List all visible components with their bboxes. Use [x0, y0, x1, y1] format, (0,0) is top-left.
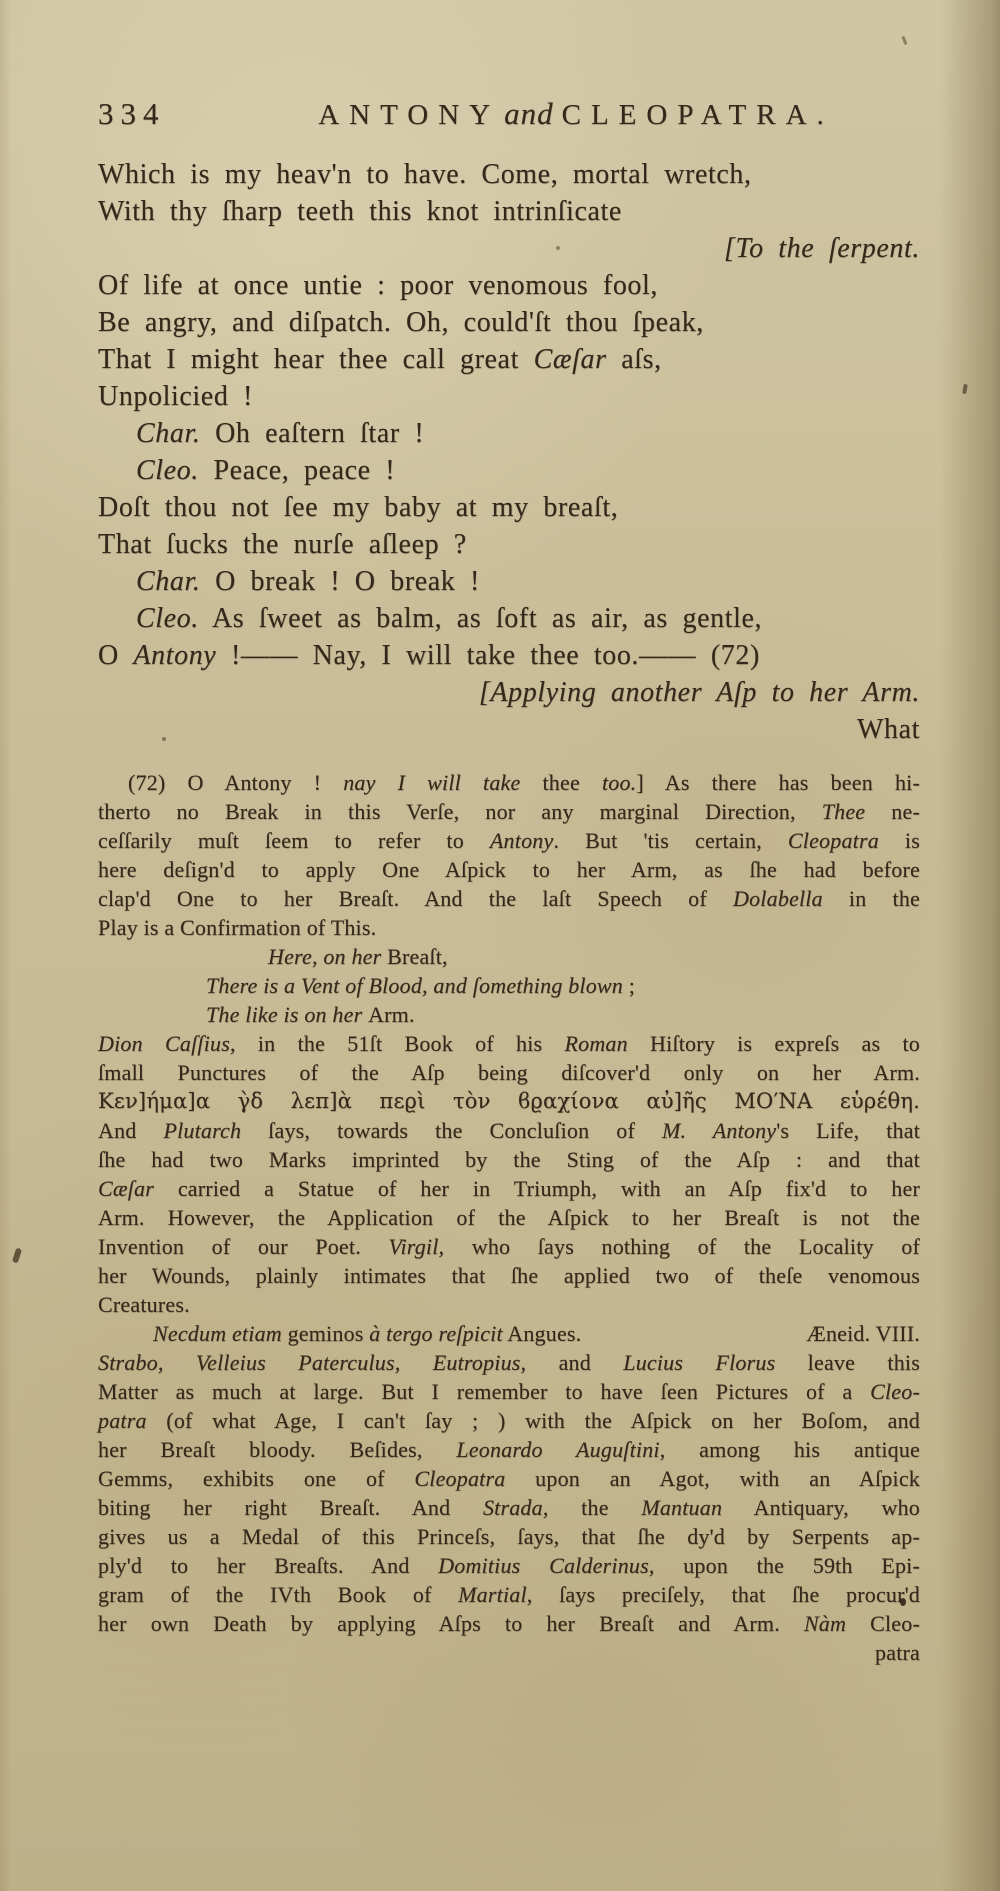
text-segment: Κεν]ήμα]α γ̀δ λεπ]ὰ πεϱὶ τὸν ϐϱαχίονα αὐ…: [98, 1089, 920, 1113]
ink-speck: [556, 246, 560, 250]
text-segment: Antiquary, who: [722, 1495, 920, 1520]
play-line: Cleo. Peace, peace !: [98, 452, 920, 489]
footnote-line: Play is a Confirmation of This.: [98, 913, 920, 942]
footnote-line: ſhe had two Marks imprinted by the Sting…: [98, 1145, 920, 1174]
ink-speck: [162, 737, 166, 741]
play-line: [To the ſerpent.: [98, 230, 920, 267]
running-title-word1: ANTONY: [318, 99, 500, 131]
play-text: Which is my heav'n to have. Come, mortal…: [98, 156, 920, 748]
footnote-line: Κεν]ήμα]α γ̀δ λεπ]ὰ πεϱὶ τὸν ϐϱαχίονα αὐ…: [98, 1087, 920, 1116]
text-segment: Plutarch: [163, 1118, 241, 1143]
text-segment: Be angry, and diſpatch. Oh, could'ſt tho…: [98, 307, 704, 338]
text-segment: Applying another Aſp to her Arm.: [490, 677, 920, 708]
text-segment: Gemms, exhibits one of: [98, 1466, 414, 1491]
footnote-line: Dion Caſſius, in the 51ſt Book of his Ro…: [98, 1029, 920, 1058]
text-segment: (of what Age, I can't ſay ; ) with the A…: [147, 1408, 920, 1433]
text-segment: Char.: [136, 418, 200, 449]
play-line: Of life at once untie : poor venomous fo…: [98, 267, 920, 304]
text-segment: Martial: [458, 1582, 527, 1607]
text-segment: Arm. However, the Application of the Aſp…: [98, 1205, 920, 1230]
footnote-line: here deſign'd to apply One Aſpick to her…: [98, 855, 920, 884]
text-segment: biting her right Breaſt. And: [98, 1495, 483, 1520]
text-segment: Char.: [136, 566, 200, 597]
text-segment: Play is a Confirmation of This.: [98, 915, 376, 940]
text-segment: Strabo, Velleius Paterculus, Eutropius,: [98, 1350, 526, 1375]
line-right-label: Æneid. VIII.: [806, 1319, 920, 1348]
footnote-line: Strabo, Velleius Paterculus, Eutropius, …: [98, 1348, 920, 1377]
play-line: [Applying another Aſp to her Arm.: [98, 674, 920, 711]
text-segment: O break ! O break !: [200, 566, 479, 597]
page-number: 334: [98, 96, 232, 132]
text-segment: Hiſtory is expreſs as to: [628, 1031, 920, 1056]
footnote-line: Matter as much at large. But I remember …: [98, 1377, 920, 1406]
footnote-line: her Breaſt bloody. Beſides, Leonardo Aug…: [98, 1435, 920, 1464]
play-line: Char. O break ! O break !: [98, 563, 920, 600]
text-segment: As ſweet as balm, as ſoft as air, as gen…: [199, 603, 762, 634]
footnote-line: therto no Break in this Verſe, nor any m…: [98, 797, 920, 826]
text-segment: ] As there has been hi-: [636, 770, 920, 795]
text-segment: nay I will take: [343, 770, 520, 795]
text-segment: Dion Caſſius: [98, 1031, 230, 1056]
ink-speck: [900, 1598, 906, 1606]
text-segment: Arm.: [368, 1002, 415, 1027]
text-segment: thee: [520, 770, 602, 795]
footnote-line: Creatures.: [98, 1290, 920, 1319]
running-title-word2: CLEOPATRA.: [562, 99, 834, 131]
play-line: With thy ſharp teeth this knot intrinſic…: [98, 193, 920, 230]
footnote-line: Here, on her Breaſt,: [98, 942, 920, 971]
text-segment: Domitius Calderinus: [438, 1553, 649, 1578]
text-segment: ;: [623, 973, 635, 998]
text-segment: ſays, towards the Concluſion of: [241, 1118, 662, 1143]
text-segment: Cæſar: [98, 1176, 154, 1201]
text-segment: Virgil,: [388, 1234, 444, 1259]
footnote-line: her own Death by applying Aſps to her Br…: [98, 1609, 920, 1638]
footnote-line: patra (of what Age, I can't ſay ; ) with…: [98, 1406, 920, 1435]
footnote-line: gram of the IVth Book of Martial, ſays p…: [98, 1580, 920, 1609]
footnote-line: Cæſar carried a Statue of her in Triumph…: [98, 1174, 920, 1203]
text-segment: Antony: [133, 640, 216, 671]
play-line: Char. Oh eaſtern ſtar !: [98, 415, 920, 452]
text-segment: Cleopatra: [414, 1466, 505, 1491]
text-segment: upon an Agot, with an Aſpick: [505, 1466, 920, 1491]
text-segment: her Wounds, plainly intimates that ſhe a…: [98, 1263, 920, 1288]
footnote-line: (72) O Antony ! nay I will take thee too…: [98, 768, 920, 797]
text-segment: Thee: [822, 799, 866, 824]
text-segment: Dolabella: [733, 886, 823, 911]
text-segment: aſs,: [607, 344, 662, 375]
text-segment: [To the ſerpent.: [724, 233, 920, 264]
footnote-line: clap'd One to her Breaſt. And the laſt S…: [98, 884, 920, 913]
text-segment: 's Life, that: [776, 1118, 920, 1143]
footnote-line: Arm. However, the Application of the Aſp…: [98, 1203, 920, 1232]
text-segment: , among his antique: [660, 1437, 920, 1462]
text-segment: her own Death by applying Aſps to her Br…: [98, 1611, 804, 1636]
footnote-line: And Plutarch ſays, towards the Concluſio…: [98, 1116, 920, 1145]
text-segment: Cleo-: [870, 1379, 920, 1404]
text-segment: Cleopatra: [788, 828, 879, 853]
page-header: 334 ANTONY and CLEOPATRA.: [98, 96, 920, 142]
text-segment: Lucius Florus: [623, 1350, 775, 1375]
text-segment: , the: [543, 1495, 641, 1520]
text-segment: Peace, peace !: [199, 455, 395, 486]
text-segment: Which is my heav'n to have. Come, mortal…: [98, 159, 752, 190]
text-segment: is: [879, 828, 920, 853]
text-segment: And: [98, 1118, 163, 1143]
ink-speck: [901, 36, 907, 45]
footnote-line: ſmall Punctures of the Aſp being diſcove…: [98, 1058, 920, 1087]
text-segment: ſhe had two Marks imprinted by the Sting…: [98, 1147, 920, 1172]
text-segment: . But 'tis certain,: [553, 828, 787, 853]
text-segment: à tergo reſpicit: [369, 1321, 503, 1346]
text-segment: , upon the 59th Epi-: [649, 1553, 920, 1578]
text-segment: in the: [823, 886, 920, 911]
text-segment: Breaſt,: [387, 944, 448, 969]
text-segment: geminos: [282, 1321, 369, 1346]
text-segment: therto no Break in this Verſe, nor any m…: [98, 799, 822, 824]
footnote-line: patra: [98, 1638, 920, 1667]
text-segment: Angues.: [503, 1321, 582, 1346]
text-segment: What: [857, 714, 920, 745]
footnote-line: The like is on her Arm.: [98, 1000, 920, 1029]
text-segment: Invention of our Poet.: [98, 1234, 388, 1259]
footnote-line: Invention of our Poet. Virgil, who ſays …: [98, 1232, 920, 1261]
text-segment: Leonardo Auguſtini: [456, 1437, 659, 1462]
text-segment: (72) O Antony !: [128, 770, 343, 795]
play-line: Which is my heav'n to have. Come, mortal…: [98, 156, 920, 193]
play-line: That ſucks the nurſe aſleep ?: [98, 526, 920, 563]
running-title: ANTONY and CLEOPATRA.: [232, 96, 920, 132]
text-segment: ply'd to her Breaſts. And: [98, 1553, 438, 1578]
book-page: 334 ANTONY and CLEOPATRA. Which is my he…: [0, 0, 1000, 1891]
text-segment: Cleo-: [846, 1611, 920, 1636]
text-segment: clap'd One to her Breaſt. And the laſt S…: [98, 886, 733, 911]
play-line: Be angry, and diſpatch. Oh, could'ſt tho…: [98, 304, 920, 341]
text-segment: Antony: [490, 828, 554, 853]
text-segment: too.: [602, 770, 636, 795]
text-segment: Doſt thou not ſee my baby at my breaſt,: [98, 492, 618, 523]
text-segment: M. Antony: [662, 1118, 776, 1143]
footnote-line: There is a Vent of Blood, and ſomething …: [98, 971, 920, 1000]
text-segment: Here, on her: [268, 944, 387, 969]
text-segment: Cleo.: [136, 455, 199, 486]
text-segment: here deſign'd to apply One Aſpick to her…: [98, 857, 920, 882]
play-line: Cleo. As ſweet as balm, as ſoft as air, …: [98, 600, 920, 637]
text-segment: , in the 51ſt Book of his: [230, 1031, 565, 1056]
text-segment: Necdum etiam: [153, 1321, 282, 1346]
text-segment: carried a Statue of her in Triumph, with…: [154, 1176, 920, 1201]
text-segment: gram of the IVth Book of: [98, 1582, 458, 1607]
text-segment: There is a Vent of Blood, and ſomething …: [206, 973, 623, 998]
text-segment: Roman: [565, 1031, 628, 1056]
text-segment: her Breaſt bloody. Beſides,: [98, 1437, 456, 1462]
text-segment: Of life at once untie : poor venomous fo…: [98, 270, 658, 301]
running-title-and: and: [504, 96, 554, 131]
text-segment: O: [98, 640, 133, 671]
text-segment: Creatures.: [98, 1292, 190, 1317]
footnote-line: gives us a Medal of this Princeſs, ſays,…: [98, 1522, 920, 1551]
text-segment: patra: [98, 1408, 147, 1433]
footnote-line: Necdum etiam geminos à tergo reſpicit An…: [98, 1319, 920, 1348]
footnote-line: ply'd to her Breaſts. And Domitius Calde…: [98, 1551, 920, 1580]
text-segment: Unpolicied !: [98, 381, 253, 412]
ink-speck: [962, 384, 968, 395]
text-segment: patra: [875, 1640, 920, 1665]
text-segment: Nàm: [804, 1611, 846, 1636]
play-line: Doſt thou not ſee my baby at my breaſt,: [98, 489, 920, 526]
play-line: What: [98, 711, 920, 748]
text-segment: ceſſarily muſt ſeem to refer to: [98, 828, 490, 853]
text-segment: That I might hear thee call great: [98, 344, 534, 375]
text-segment: leave this: [775, 1350, 920, 1375]
text-segment: , ſays preciſely, that ſhe procur'd: [527, 1582, 920, 1607]
text-segment: who ſays nothing of the Locality of: [444, 1234, 920, 1259]
text-segment: Oh eaſtern ſtar !: [200, 418, 424, 449]
text-segment: gives us a Medal of this Princeſs, ſays,…: [98, 1524, 920, 1549]
ink-speck: [12, 1247, 22, 1263]
footnote-line: biting her right Breaſt. And Strada, the…: [98, 1493, 920, 1522]
footnote-block: (72) O Antony ! nay I will take thee too…: [98, 768, 920, 1667]
play-line: Unpolicied !: [98, 378, 920, 415]
text-segment: Mantuan: [641, 1495, 722, 1520]
text-segment: Cleo.: [136, 603, 199, 634]
play-line: O Antony !—— Nay, I will take thee too.—…: [98, 637, 920, 674]
text-segment: ne-: [865, 799, 920, 824]
footnote-line: Gemms, exhibits one of Cleopatra upon an…: [98, 1464, 920, 1493]
play-line: That I might hear thee call great Cæſar …: [98, 341, 920, 378]
text-segment: ſmall Punctures of the Aſp being diſcove…: [98, 1060, 920, 1085]
text-segment: The like is on her: [206, 1002, 368, 1027]
text-segment: [: [479, 677, 491, 708]
text-segment: and: [526, 1350, 623, 1375]
text-segment: !—— Nay, I will take thee too.—— (72): [216, 640, 760, 671]
footnote-line: her Wounds, plainly intimates that ſhe a…: [98, 1261, 920, 1290]
text-segment: Strada: [483, 1495, 543, 1520]
text-segment: That ſucks the nurſe aſleep ?: [98, 529, 467, 560]
text-segment: With thy ſharp teeth this knot intrinſic…: [98, 196, 622, 227]
footnote-line: ceſſarily muſt ſeem to refer to Antony. …: [98, 826, 920, 855]
text-segment: Matter as much at large. But I remember …: [98, 1379, 870, 1404]
text-segment: Cæſar: [534, 344, 607, 375]
